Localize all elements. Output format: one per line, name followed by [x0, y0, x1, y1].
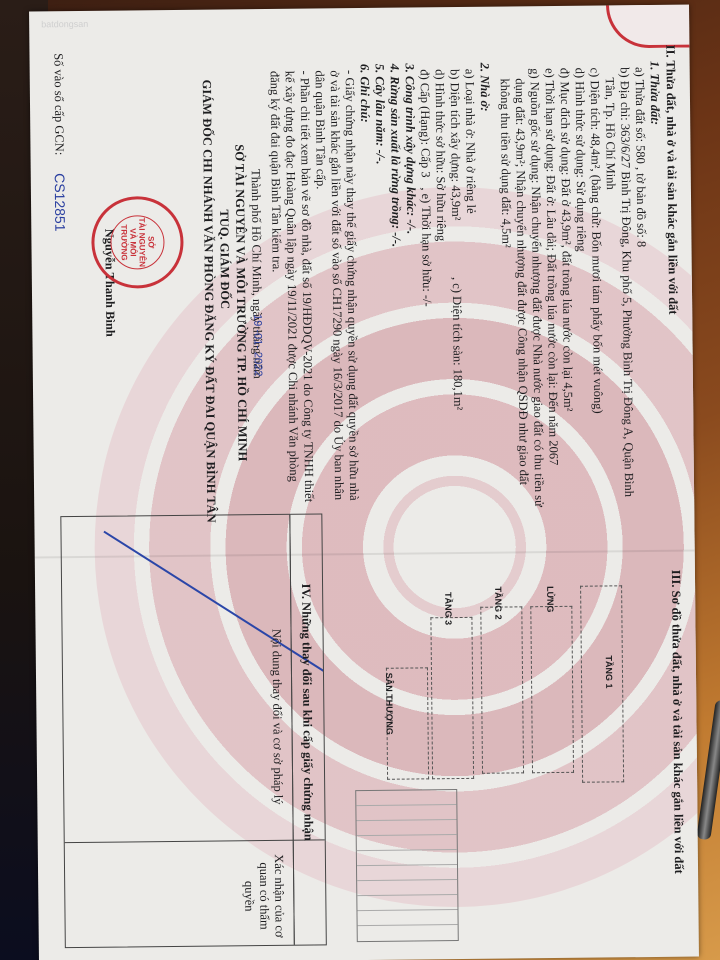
- notes-l6: đăng ký đất đai quận Bình Tân kiểm tra.: [267, 71, 284, 273]
- official-red-stamp: SỞ TÀI NGUYÊN VÀ MÔI TRƯỜNG: [91, 196, 184, 289]
- land-d: d) Hình thức sử dụng: Sử dụng riêng: [572, 68, 589, 252]
- plan-lung: [530, 606, 574, 773]
- changes-table: [60, 513, 327, 948]
- plan-tang3: [430, 617, 474, 779]
- registry-label: Số vào sổ cấp GCN:: [50, 53, 66, 155]
- handwritten-date: 19 -01- 2022: [249, 314, 265, 377]
- section4-col2-header: Xác nhận của cơ quan có thẩm quyền: [241, 851, 287, 941]
- section4-col1-header: Nội dung thay đổi và cơ sở pháp lý: [269, 629, 286, 805]
- section2-title: II. Thửa đất, nhà ở và tài sản khác gắn …: [662, 45, 680, 315]
- house-e: , e) Thời hạn sở hữu: -/-: [418, 187, 434, 307]
- watermark-logo: batdongsan: [41, 19, 88, 29]
- house-heading: 2. Nhà ở:: [477, 63, 493, 112]
- land-b2: Tân, Tp. Hồ Chí Minh: [602, 77, 618, 189]
- corner-stamp: [606, 5, 689, 49]
- branch-director: GIÁM ĐỐC CHI NHÁNH VĂN PHÒNG ĐĂNG KÝ ĐẤT…: [199, 80, 219, 523]
- floor-plan-diagram: TẦNG 1 LỬNG TẦNG 2 TẦNG 3 SÂN THƯỢNG: [365, 565, 638, 828]
- house-c: , c) Diện tích sàn: 180,1m²: [449, 277, 465, 410]
- house-d: d) Hình thức sở hữu: Sở hữu riêng: [432, 69, 449, 241]
- notes-l3: dân quận Bình Tân cấp.: [312, 70, 328, 189]
- house-dd: đ) Cấp (Hạng): Cấp 3: [417, 69, 433, 177]
- registry-number: CS12851: [52, 173, 68, 232]
- item5: 5. Cây lâu năm: -/-.: [372, 64, 388, 165]
- land-a: a) Thửa đất số: 580 , tờ bản đồ số: 8: [632, 67, 649, 247]
- house-b: b) Diện tích xây dựng: 43,9m²: [447, 69, 464, 221]
- section3-title: III. Sơ đồ thửa đất, nhà ở và tài sản kh…: [668, 570, 686, 874]
- tuq-director: TUQ. GIÁM ĐỐC: [216, 209, 232, 309]
- item3: 3. Công trình xây dựng khác: -/-.: [402, 63, 419, 234]
- plan-tang2: [480, 606, 524, 773]
- coordinate-table: [355, 789, 459, 942]
- item4: 4. Rừng sản xuất là rừng trồng: -/-.: [387, 64, 404, 248]
- land-certificate-page: batdongsan II. Thửa đất, nhà ở và tài sả…: [29, 5, 699, 960]
- house-a: a) Loại nhà ở: Nhà ở riêng lẻ: [462, 69, 479, 214]
- land-heading: 1. Thửa đất:: [647, 61, 663, 125]
- section4-title: IV. Những thay đổi sau khi cấp giấy chứn…: [298, 584, 316, 841]
- land-g3: không thu tiền sử dụng đất: 4,5m²: [497, 78, 514, 247]
- notes-heading: 6. Ghi chú:: [357, 64, 373, 123]
